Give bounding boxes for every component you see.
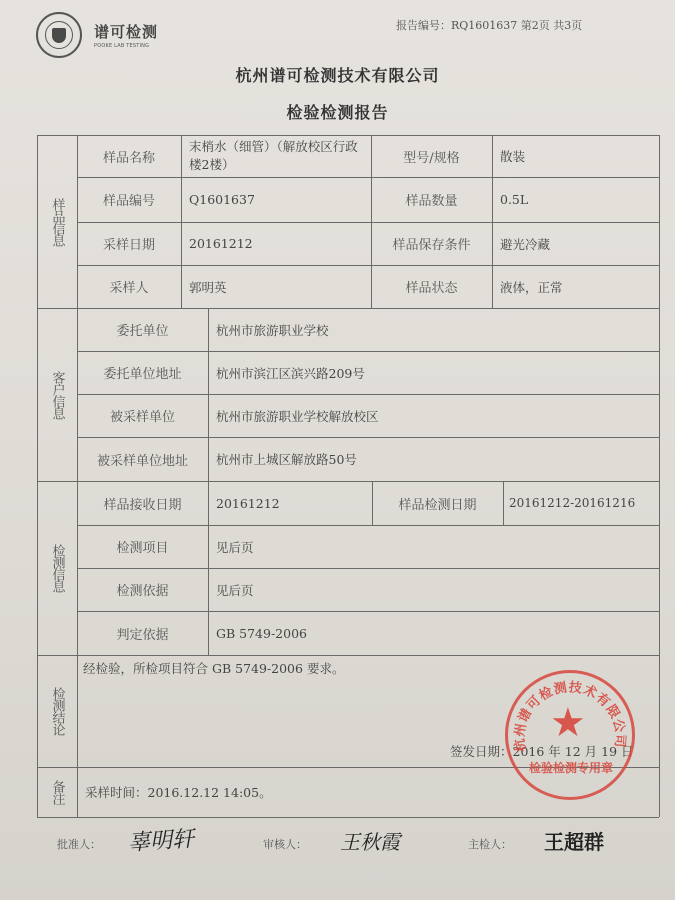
sampled-unit-value: 杭州市旅游职业学校解放校区: [208, 394, 659, 437]
company-logo: 谱可检测 POOKE LAB TESTING: [36, 12, 158, 58]
logo-en-text: POOKE LAB TESTING: [94, 43, 158, 49]
company-title: 杭州谱可检测技术有限公司: [0, 63, 675, 86]
approver-label: 批准人：: [57, 836, 101, 852]
sample-state-label: 样品状态: [371, 265, 492, 308]
test-basis-label: 检测依据: [77, 568, 208, 611]
sampler-value: 郭明英: [181, 265, 371, 308]
section-sample-info: 样品信息: [37, 135, 77, 308]
section-remarks: 备注: [37, 767, 77, 817]
sample-number-label: 样品编号: [77, 177, 181, 222]
sampling-date-label: 采样日期: [77, 222, 181, 265]
test-date-value: 20161212-20161216: [503, 481, 659, 525]
sampled-unit-label: 被采样单位: [77, 394, 208, 437]
inspector-label: 主检人：: [468, 836, 512, 852]
seal-bottom-text: 检验检测专用章: [526, 759, 616, 776]
sampling-date-value: 20161212: [181, 222, 371, 265]
inspector-signature: 王超群: [544, 826, 604, 855]
client-address-value: 杭州市滨江区滨兴路209号: [208, 351, 659, 394]
reviewer-label: 审核人：: [263, 836, 307, 852]
test-items-value: 见后页: [208, 525, 659, 568]
client-value: 杭州市旅游职业学校: [208, 308, 659, 351]
star-icon: ★: [550, 703, 586, 743]
client-label: 委托单位: [77, 308, 208, 351]
judge-basis-value: GB 5749-2006: [208, 611, 659, 655]
sample-qty-label: 样品数量: [371, 177, 492, 222]
official-seal: 杭州谱可检测技术有限公司 ★ 检验检测专用章: [505, 670, 635, 800]
pooke-emblem-icon: [36, 12, 82, 58]
section-test-info: 检测信息: [37, 481, 77, 655]
sample-qty-value: 0.5L: [492, 177, 659, 222]
logo-cn-text: 谱可检测: [94, 21, 158, 42]
client-address-label: 委托单位地址: [77, 351, 208, 394]
test-date-label: 样品检测日期: [372, 481, 503, 525]
reviewer-signature: 王秋霞: [340, 826, 400, 855]
model-value: 散装: [492, 135, 659, 177]
section-client-info: 客户信息: [37, 308, 77, 481]
storage-value: 避光冷藏: [492, 222, 659, 265]
section-conclusion: 检测结论: [37, 655, 77, 767]
judge-basis-label: 判定依据: [77, 611, 208, 655]
test-basis-value: 见后页: [208, 568, 659, 611]
test-items-label: 检测项目: [77, 525, 208, 568]
receive-date-label: 样品接收日期: [77, 481, 208, 525]
shield-icon: [52, 28, 66, 43]
sample-name-value: 末梢水（细管）（解放校区行政楼2楼）: [181, 135, 371, 177]
model-label: 型号/规格: [371, 135, 492, 177]
sampled-address-label: 被采样单位地址: [77, 437, 208, 481]
report-page: 谱可检测 POOKE LAB TESTING 报告编号：RQ1601637 第2…: [0, 0, 675, 900]
sample-state-value: 液体，正常: [492, 265, 659, 308]
report-title: 检验检测报告: [0, 100, 675, 123]
sampler-label: 采样人: [77, 265, 181, 308]
sample-number-value: Q1601637: [181, 177, 371, 222]
approver-signature: 辜明轩: [127, 822, 195, 858]
report-number: 报告编号：RQ1601637 第2页 共3页: [396, 17, 582, 33]
sampled-address-value: 杭州市上城区解放路50号: [208, 437, 659, 481]
storage-label: 样品保存条件: [371, 222, 492, 265]
sample-name-label: 样品名称: [77, 135, 181, 177]
receive-date-value: 20161212: [208, 481, 372, 525]
